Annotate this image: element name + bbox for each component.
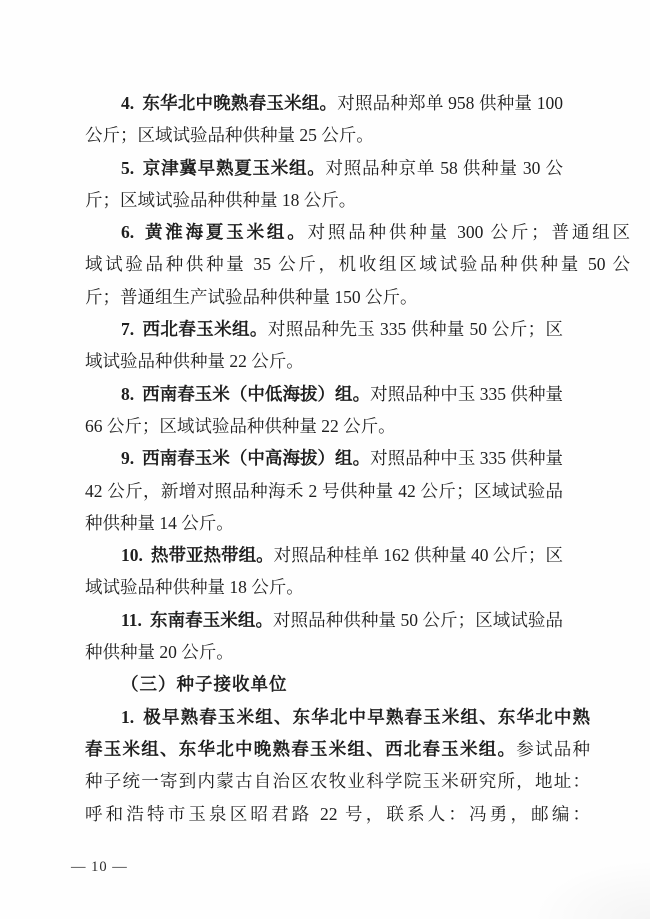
text-segment-num: 11. [121,610,142,630]
paragraph-line: 春玉米组、东华北中晚熟春玉米组、西北春玉米组。参试品种 [85,733,590,765]
paragraph-line: 10.热带亚热带组。对照品种桂单 162 供种量 40 公斤；区 [85,539,563,571]
paragraph-line: 4.东华北中晚熟春玉米组。对照品种郑单 958 供种量 100 [85,87,563,119]
paragraph-line: 种子统一寄到内蒙古自治区农牧业科学院玉米研究所，地址： [85,765,590,797]
text-segment-bold: 极早熟春玉米组、东华北中早熟春玉米组、东华北中熟 [142,707,590,727]
page-number: — 10 — [71,857,128,877]
text-segment-regular: 斤；区域试验品种供种量 18 公斤。 [85,190,356,210]
text-segment-bold: 西南春玉米（中高海拔）组。 [142,448,370,468]
text-segment-num: 8. [121,384,134,404]
paragraph-line: 66 公斤；区域试验品种供种量 22 公斤。 [85,410,563,442]
text-segment-regular: 种供种量 20 公斤。 [85,642,234,662]
text-segment-regular: 对照品种中玉 335 供种量 [370,448,563,468]
text-segment-bold: 京津冀早熟夏玉米组。 [142,158,325,178]
paragraph-line: 斤；区域试验品种供种量 18 公斤。 [85,184,563,216]
paragraph-line: 公斤；区域试验品种供种量 25 公斤。 [85,119,563,151]
scan-shade-artifact [530,859,650,919]
paragraph-line: 斤；普通组生产试验品种供种量 150 公斤。 [85,281,563,313]
text-segment-regular: 对照品种供种量 50 公斤；区域试验品 [273,610,563,630]
paragraph-line: 11.东南春玉米组。对照品种供种量 50 公斤；区域试验品 [85,604,563,636]
text-segment-regular: 域试验品种供种量 35 公斤，机收组区域试验品种供种量 50 公 [85,254,630,274]
text-segment-regular: 对照品种京单 58 供种量 30 公 [326,158,563,178]
text-segment-num: 9. [121,448,134,468]
paragraph-line: 7.西北春玉米组。对照品种先玉 335 供种量 50 公斤；区 [85,313,563,345]
text-segment-num: 4. [121,93,134,113]
text-segment-num: 10. [121,545,143,565]
text-segment-regular: 域试验品种供种量 18 公斤。 [85,577,304,597]
text-segment-regular: 呼和浩特市玉泉区昭君路 22 号，联系人：冯勇，邮编： [85,804,590,824]
document-body: 4.东华北中晚熟春玉米组。对照品种郑单 958 供种量 100公斤；区域试验品种… [85,87,630,830]
text-segment-bold: 黄淮海夏玉米组。 [142,222,307,242]
text-segment-num: 5. [121,158,134,178]
paragraph-line: 9.西南春玉米（中高海拔）组。对照品种中玉 335 供种量 [85,442,563,474]
paragraph-line: 呼和浩特市玉泉区昭君路 22 号，联系人：冯勇，邮编： [85,798,590,830]
text-segment-bold: 西北春玉米组。 [142,319,268,339]
paragraph-line: 6.黄淮海夏玉米组。对照品种供种量 300 公斤；普通组区 [85,216,630,248]
text-segment-regular: 对照品种桂单 162 供种量 40 公斤；区 [274,545,563,565]
text-segment-num: 6. [121,222,134,242]
paragraph-line: 域试验品种供种量 35 公斤，机收组区域试验品种供种量 50 公 [85,248,630,280]
text-segment-bold: 东南春玉米组。 [150,610,273,630]
text-segment-num: 7. [121,319,134,339]
text-segment-regular: 对照品种郑单 958 供种量 100 [337,93,563,113]
text-segment-regular: 种子统一寄到内蒙古自治区农牧业科学院玉米研究所，地址： [85,771,590,791]
paragraph-line: 5.京津冀早熟夏玉米组。对照品种京单 58 供种量 30 公 [85,152,563,184]
text-segment-regular: 种供种量 14 公斤。 [85,513,234,533]
text-segment-heading: （三）种子接收单位 [121,674,288,694]
paragraph-line: 域试验品种供种量 22 公斤。 [85,345,563,377]
paragraph-line: 域试验品种供种量 18 公斤。 [85,571,563,603]
text-segment-regular: 参试品种 [516,739,590,759]
paragraph-line: 1.极早熟春玉米组、东华北中早熟春玉米组、东华北中熟 [85,701,590,733]
paragraph-line: 42 公斤，新增对照品种海禾 2 号供种量 42 公斤；区域试验品 [85,475,563,507]
text-segment-regular: 对照品种中玉 335 供种量 [370,384,563,404]
text-segment-bold: 热带亚热带组。 [151,545,274,565]
text-segment-regular: 斤；普通组生产试验品种供种量 150 公斤。 [85,287,418,307]
text-segment-regular: 42 公斤，新增对照品种海禾 2 号供种量 42 公斤；区域试验品 [85,481,563,501]
paragraph-line: 种供种量 20 公斤。 [85,636,563,668]
scanned-document-page: 4.东华北中晚熟春玉米组。对照品种郑单 958 供种量 100公斤；区域试验品种… [0,0,650,919]
text-segment-regular: 公斤；区域试验品种供种量 25 公斤。 [85,125,374,145]
paragraph-line: 8.西南春玉米（中低海拔）组。对照品种中玉 335 供种量 [85,378,563,410]
paragraph-line: 种供种量 14 公斤。 [85,507,563,539]
text-segment-regular: 66 公斤；区域试验品种供种量 22 公斤。 [85,416,396,436]
text-segment-regular: 对照品种先玉 335 供种量 50 公斤；区 [268,319,563,339]
text-segment-regular: 对照品种供种量 300 公斤；普通组区 [308,222,630,242]
text-segment-num: 1. [121,707,134,727]
text-segment-regular: 域试验品种供种量 22 公斤。 [85,351,304,371]
text-segment-bold: 东华北中晚熟春玉米组。 [142,93,337,113]
section-heading-line: （三）种子接收单位 [85,668,563,700]
text-segment-bold: 春玉米组、东华北中晚熟春玉米组、西北春玉米组。 [85,739,516,759]
text-segment-bold: 西南春玉米（中低海拔）组。 [142,384,370,404]
